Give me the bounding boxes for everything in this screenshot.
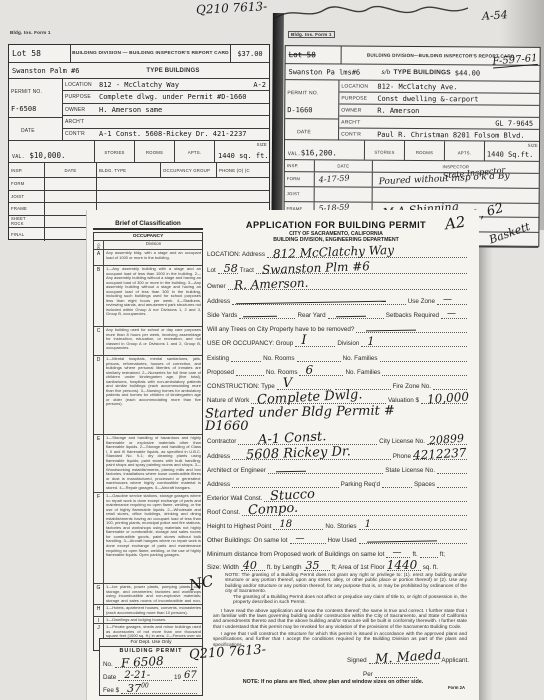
bottom-note: NOTE: If no plans are filed, show plan a… (207, 679, 459, 685)
handwritten-a2: A2 (444, 215, 466, 233)
location-value: 812 - McClatchy Way (99, 81, 179, 89)
size-label: SIZE (257, 142, 267, 147)
permit-no-label: PERMIT NO. (287, 90, 318, 96)
proposed-rooms-handwritten: 6 (305, 364, 313, 376)
purpose-label: PURPOSE (63, 94, 99, 100)
owner-handwritten: R. Amerson. (233, 277, 308, 292)
permit-fee-label: Fee $ (103, 688, 119, 694)
insp-row-label: SHEET ROCK (11, 217, 33, 226)
val-label: VAL. (288, 151, 301, 157)
roof-handwritten: Compo. (248, 502, 299, 518)
contr-label: CONT'R (63, 131, 99, 137)
handwritten-stamp-bottom: Q210 7613- (189, 643, 267, 661)
permit-date-label: Date (103, 675, 116, 681)
archt-label: ARCH'T (339, 119, 377, 125)
agreement-paragraph-1: I have read the above application and kn… (213, 609, 467, 630)
pen-line (276, 471, 306, 473)
class-letter: B (94, 266, 104, 326)
classification-column: Brief of Classification OCCUPANCY Grp. D… (93, 220, 203, 651)
bldg-type-label: BLDG. TYPE (99, 168, 126, 173)
class-letter: E (94, 435, 104, 492)
grp-label: Grp. (97, 243, 101, 250)
field-height: Height to Highest Point18No. Stories1 (207, 522, 469, 530)
field-architect: Architect or EngineerState License No. (207, 466, 469, 474)
pen-dash: — (447, 310, 456, 319)
insp-row-date: 4-17-59 (319, 174, 350, 184)
stories-handwritten: 1 (365, 520, 371, 530)
insp-row-label: FORM (287, 177, 300, 182)
class-text: 1—Dwellings and lodging houses. (104, 617, 202, 623)
contractor-address-handwritten: 5608 Rickey Dr. (246, 445, 351, 462)
class-letter: D (94, 356, 104, 434)
left-card-lot: Lot 58 (12, 49, 41, 58)
length-handwritten: 35 (306, 560, 320, 571)
date-label: DATE (297, 129, 311, 135)
field-address-usezone: AddressUse Zone— (207, 297, 469, 305)
size-label: SIZE (528, 143, 538, 148)
apts-label: APTS. (188, 150, 201, 155)
tract-handwritten: Swanston Plm #6 (262, 260, 370, 276)
pen-line (366, 330, 416, 332)
handwritten-stamp-top: Q210 7613- (196, 0, 268, 16)
field-parking: AddressParking Req'dSpaces (207, 480, 469, 488)
permit-no-value: F-6508 (11, 105, 36, 113)
right-card-tract: Swanston Pa lms#6 (288, 68, 360, 77)
stories-label: STORIES (374, 150, 394, 155)
field-signed: SignedM. MaedaApplicant. (347, 656, 469, 664)
pen-dash: — (392, 549, 401, 558)
pen-line (236, 301, 386, 305)
permit-no-label: No. (103, 662, 113, 668)
contr-value: A-1 Const. 5608-Rickey Dr. 421-2237 (99, 130, 247, 138)
date-label: DATE (21, 128, 35, 134)
permit-fee-handwritten: 3700 (127, 683, 149, 694)
class-text: 1—Any assembly building with a stage and… (104, 266, 202, 326)
left-card-fee: $37.00 (237, 50, 262, 58)
permit-year-handwritten: 67 (184, 671, 197, 681)
construction-type-handwritten: V (283, 377, 292, 390)
nature-extra-handwritten-2: D1660 (205, 420, 249, 433)
width-handwritten: 40 (243, 560, 257, 571)
field-other-buildings: Other Buildings: On same lot—How Used (207, 536, 469, 544)
location-value: 812- McClatchy Ave. (377, 82, 457, 91)
phone-handwritten: 4212237 (413, 447, 467, 462)
pen-line (336, 316, 366, 318)
field-size: Size: Width40ft. by Length35ft; Area of … (207, 563, 469, 571)
left-card-type-label: TYPE BUILDINGS (146, 68, 199, 74)
owner-value: R. Amerson (377, 106, 419, 114)
dept-use-label: For Dept. Use Only (100, 639, 202, 647)
date-col-label: DATE (65, 168, 77, 173)
field-contractor-address: Address5608 Rickey Dr.Phone4212237 (207, 452, 469, 460)
field-yards: Side YardsRear YardSetbacks Required— (207, 311, 469, 319)
field-trees: Will any Trees on City Property have to … (207, 325, 469, 333)
right-card-type-label: TYPE BUILDINGS (393, 69, 450, 76)
field-existing: ExistingNo. RoomsNo. Families (207, 354, 469, 362)
note-paragraph-2: The granting of a Building Permit does n… (213, 595, 467, 606)
class-letter: H (94, 605, 104, 616)
phone-col-label: PHONE (O) (C (219, 168, 250, 173)
left-card-form-label: Bldg. Ins. Form 1 (10, 30, 51, 35)
application-title: APPLICATION FOR BUILDING PERMIT (205, 220, 467, 230)
insp-col-label: INSP. (287, 163, 299, 168)
permit-no-value: D-1660 (287, 106, 312, 114)
class-text: Any assembly bldg. with a stage and an o… (104, 250, 202, 265)
purpose-value: Const dwelling &-carport (377, 94, 478, 103)
application-sheet: Brief of Classification OCCUPANCY Grp. D… (86, 210, 479, 700)
contractor-handwritten: A-1 Const. (258, 430, 327, 447)
handwritten-sb: s/b (381, 69, 390, 75)
permit-no-label: PERMIT NO. (11, 89, 42, 95)
location-note: A-2 (253, 81, 269, 89)
application-subtitle2: BUILDING DIVISION, ENGINEERING DEPARTMEN… (205, 237, 467, 243)
permit-no-handwritten: F 6508 (121, 655, 164, 669)
handwritten-a54: A-54 (482, 9, 508, 22)
building-permit-box: For Dept. Use Only BUILDING PERMIT No.F … (99, 638, 203, 696)
owner-value: H. Amerson same (99, 106, 162, 114)
contr-label: CONT'R (339, 131, 377, 137)
field-location: LOCATION: Address812 McClatchy Way (207, 250, 469, 258)
field-use-occupancy: USE OR OCCUPANCY: GroupIDivision1 (207, 339, 469, 347)
archt-phone: GL 7-9645 (495, 119, 539, 127)
size-value: 1440 sq. ft. (218, 152, 269, 160)
insp-row-label: FRAME (11, 206, 27, 211)
class-text: 1—Storage and handling of hazardous and … (104, 435, 202, 492)
handwriting-scribble (268, 0, 478, 26)
handwritten-nc-mark: NC (188, 574, 215, 594)
val-value: $10,000. (29, 151, 65, 160)
left-card-title: BUILDING DIVISION — BUILDING INSPECTOR'S… (72, 51, 229, 56)
height-handwritten: 18 (279, 520, 292, 530)
insp-row-label: FINAL (11, 232, 24, 237)
city-license-handwritten: 20899 (429, 433, 465, 446)
owner-label: OWNER (63, 107, 99, 113)
location-handwritten: 812 McClatchy Way (273, 244, 394, 260)
right-card-lot: Lot 58 (289, 50, 316, 59)
field-owner: OwnerR. Amerson. (207, 282, 469, 290)
purpose-value: Complete dlwg. under Permit #D-1660 (99, 93, 247, 101)
class-letter: A (94, 250, 104, 265)
signature-handwritten: M. Maeda (374, 649, 441, 667)
scan-shadow-sheet-right (479, 210, 492, 700)
field-min-distance: Minimum distance from Proposed work of B… (207, 550, 469, 558)
insp-row-label: JOIST (287, 191, 300, 196)
area-handwritten: 1440 (387, 559, 418, 571)
size-value: 1440 Sq.ft. (487, 151, 533, 159)
class-text: 1—Mental hospitals, mental sanitariums, … (104, 356, 202, 434)
purpose-label: PURPOSE (339, 95, 377, 101)
class-text: Any building used for school or day care… (104, 327, 202, 355)
field-nature: Nature of WorkComplete Dwlg.Valuation $1… (207, 396, 469, 404)
class-text: 1—Hotels, apartment houses, convents, mo… (104, 605, 202, 616)
scanned-document-page: Q210 7613- Bldg. Ins. Form 1 Lot 58 BUIL… (0, 0, 544, 700)
pen-line (367, 540, 437, 542)
location-label: LOCATION (63, 82, 99, 88)
field-lot-tract: Lot58TractSwanston Plm #6 (207, 266, 469, 274)
field-proposed: ProposedNo. Rooms6No. Families (207, 368, 469, 376)
class-letter: I (94, 617, 104, 623)
apts-label: APTS. (458, 150, 471, 155)
val-label: VAL. (12, 154, 25, 160)
archt-label: ARCH'T (63, 119, 99, 125)
permit-date-handwritten: 2-21- (124, 671, 150, 681)
occupancy-group-label: OCCUPANCY GROUP (163, 168, 210, 173)
left-card-tract: Swanston Palm #6 (12, 67, 79, 75)
pen-line (243, 316, 277, 318)
pen-dash: — (296, 535, 305, 544)
class-letter: C (94, 327, 104, 355)
rooms-label: ROOMS (146, 150, 163, 155)
class-text: 1—Ice plants, power plants, pumping plan… (104, 584, 202, 604)
right-card-fee: $44.00 (455, 69, 480, 77)
group-handwritten: I (301, 334, 306, 347)
insp-row-label: FORM (11, 181, 24, 186)
date-col-label: DATE (337, 163, 349, 168)
note-paragraph: NOTE: The granting of a Building Permit … (213, 573, 467, 594)
class-letter: F (94, 493, 104, 583)
location-label: LOCATION (339, 83, 377, 89)
division-label: Division (104, 241, 202, 249)
class-letter: G (94, 584, 104, 604)
stories-label: STORIES (104, 150, 124, 155)
year-prefix: 19 (174, 675, 181, 681)
right-card-form-label: Bldg. Ins. Form 1 (288, 31, 335, 38)
lot-handwritten: 58 (224, 263, 238, 274)
division-handwritten: 1 (367, 336, 374, 347)
contr-value: Paul R. Christman 8201 Folsom Blvd. (377, 130, 525, 139)
insp-row-label: JOIST (11, 194, 24, 199)
classification-title: Brief of Classification (93, 220, 203, 230)
classification-header: OCCUPANCY (94, 233, 202, 241)
pen-dash: — (443, 296, 452, 305)
val-value: $16,200. (301, 148, 337, 157)
insp-col-label: INSP. (11, 168, 23, 173)
owner-label: OWNER (339, 107, 377, 113)
form-number-label: Form 2A (448, 685, 465, 690)
field-per: Per (363, 670, 419, 678)
rooms-label: ROOMS (416, 150, 433, 155)
valuation-handwritten: 10,000 (427, 391, 470, 406)
class-text: 1—Gasoline service stations, storage gar… (104, 493, 202, 583)
field-roof: Roof Const.Compo. (207, 508, 469, 516)
field-ext-wall: Exterior Wall Const.Stucco (207, 494, 469, 502)
